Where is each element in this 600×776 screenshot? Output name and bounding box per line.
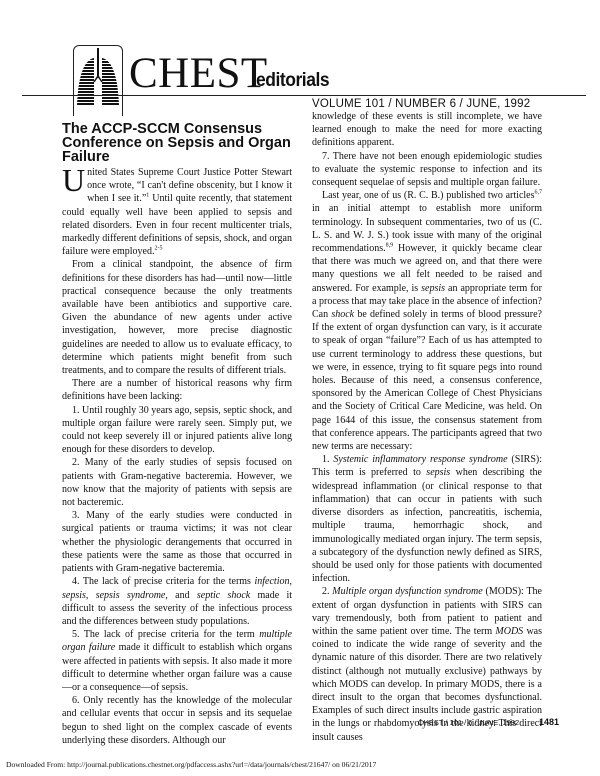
list-item: 4. The lack of precise criteria for the … bbox=[62, 575, 292, 628]
right-column: knowledge of these events is still incom… bbox=[312, 110, 542, 744]
list-item: 6. Only recently has the knowledge of th… bbox=[62, 694, 292, 747]
text: be defined solely in terms of blood pres… bbox=[312, 309, 542, 452]
term: sepsis bbox=[62, 590, 86, 601]
list-item: 3. Many of the early studies were conduc… bbox=[62, 509, 292, 575]
term: MODS bbox=[495, 626, 523, 637]
journal-name: CHEST bbox=[129, 52, 268, 95]
term: Multiple organ dysfunction syndrome bbox=[332, 586, 482, 597]
text: 4. The lack of precise criteria for the … bbox=[72, 576, 255, 587]
term: sepsis syndrome bbox=[96, 590, 166, 601]
text: when describing the widespread inflammat… bbox=[312, 467, 542, 584]
citation: 6,7 bbox=[535, 190, 543, 196]
list-item: 5. The lack of precise criteria for the … bbox=[62, 628, 292, 694]
text: , and bbox=[165, 590, 197, 601]
paragraph: United States Supreme Court Justice Pott… bbox=[62, 166, 292, 258]
section-label: editorials bbox=[256, 70, 329, 92]
masthead-rule bbox=[22, 95, 586, 96]
left-column: United States Supreme Court Justice Pott… bbox=[62, 166, 292, 747]
list-item: 7. There have not been enough epidemiolo… bbox=[312, 150, 542, 190]
text: 5. The lack of precise criteria for the … bbox=[72, 629, 259, 640]
term: sepsis bbox=[426, 467, 450, 478]
paragraph: From a clinical standpoint, the absence … bbox=[62, 258, 292, 377]
term: Systemic inflammatory response syndrome bbox=[333, 454, 507, 465]
citation: 2-5 bbox=[154, 246, 162, 252]
list-item: 1. Systemic inflammatory response syndro… bbox=[312, 453, 542, 585]
paragraph: There are a number of historical reasons… bbox=[62, 377, 292, 403]
text: , bbox=[290, 576, 293, 587]
term: sepsis bbox=[421, 283, 445, 294]
paragraph: knowledge of these events is still incom… bbox=[312, 110, 542, 150]
paragraph: Last year, one of us (R. C. B.) publishe… bbox=[312, 189, 542, 453]
term: septic shock bbox=[197, 590, 250, 601]
text: 2. bbox=[322, 586, 332, 597]
dropcap: U bbox=[62, 167, 85, 193]
lungs-logo-icon bbox=[73, 45, 123, 116]
term: infection bbox=[255, 576, 290, 587]
citation: 8,9 bbox=[386, 243, 394, 249]
term: shock bbox=[331, 309, 354, 320]
download-notice: Downloaded From: http://journal.publicat… bbox=[6, 760, 376, 769]
issue-line: VOLUME 101 / NUMBER 6 / JUNE, 1992 bbox=[312, 98, 530, 110]
page-number: 1481 bbox=[539, 717, 559, 727]
text: 1. bbox=[322, 454, 333, 465]
list-item: 1. Until roughly 30 years ago, sepsis, s… bbox=[62, 404, 292, 457]
list-item: 2. Many of the early studies of sepsis f… bbox=[62, 456, 292, 509]
text: , bbox=[86, 590, 96, 601]
text: Last year, one of us (R. C. B.) publishe… bbox=[322, 190, 535, 201]
article-title: The ACCP-SCCM Consensus Conference on Se… bbox=[62, 122, 302, 164]
running-footer: CHEST / 101 / 6 / JUNE, 1992 bbox=[418, 718, 519, 727]
